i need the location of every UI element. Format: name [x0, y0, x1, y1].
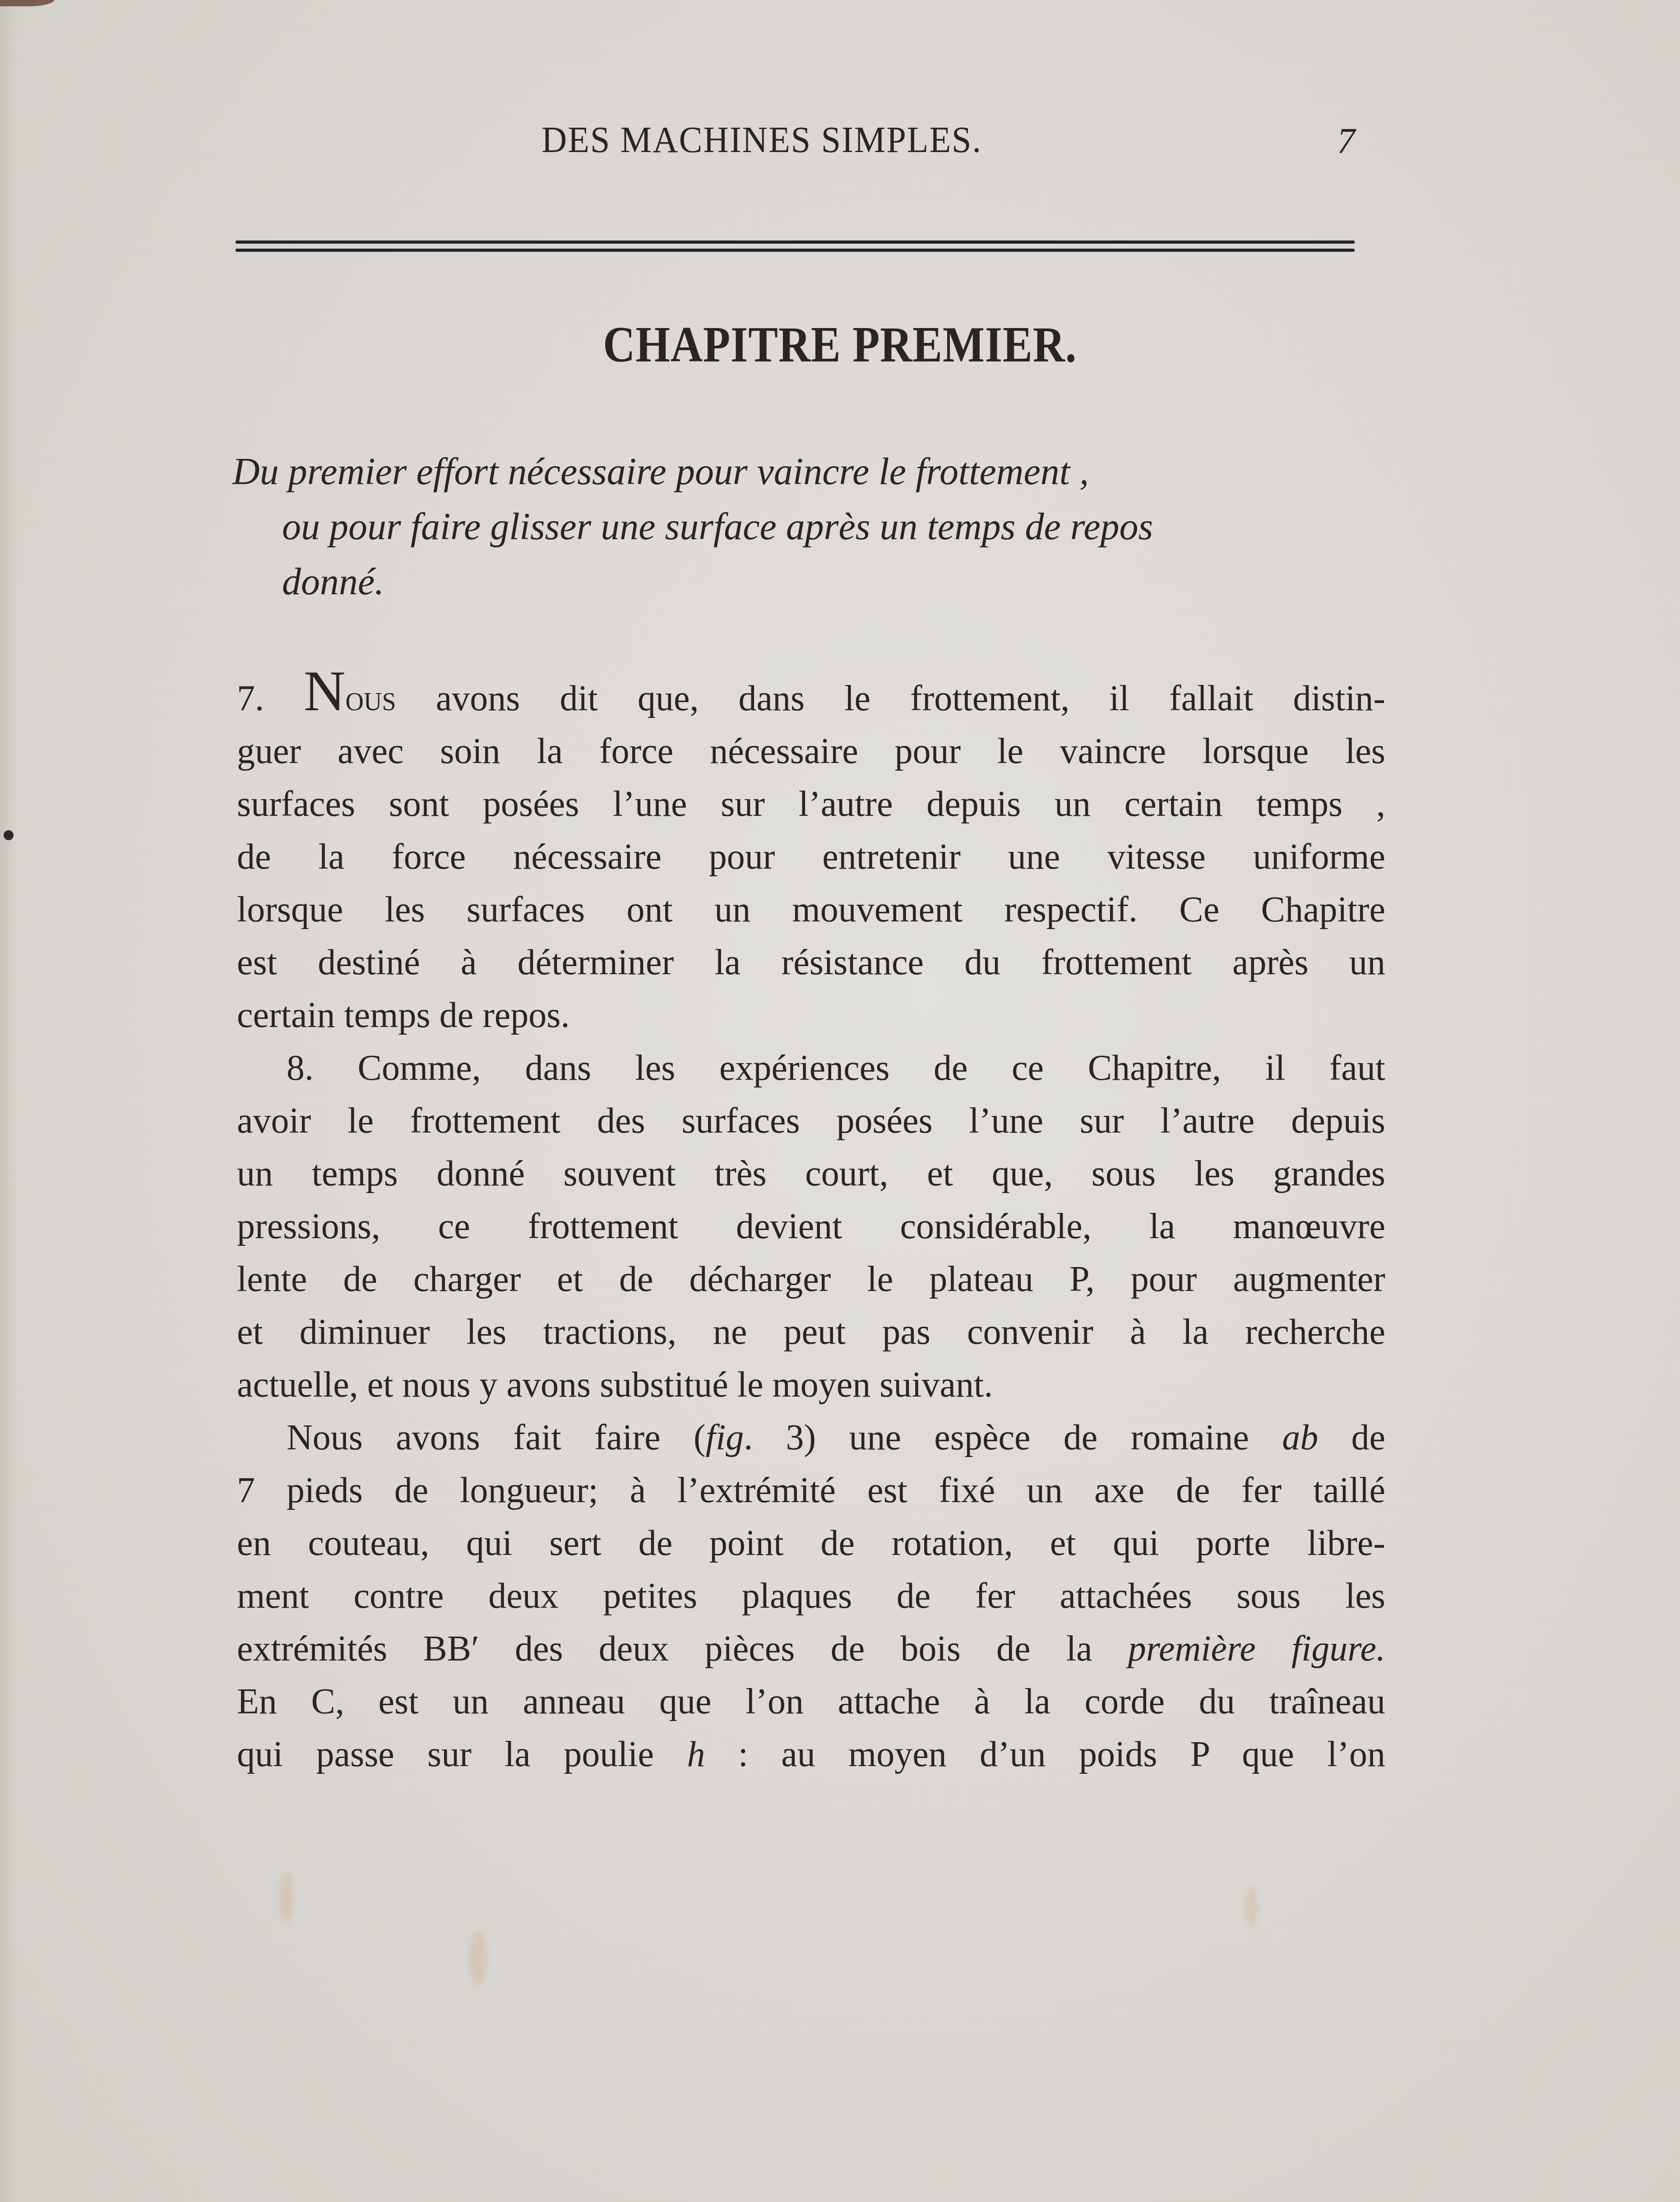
rule-line-top	[236, 241, 1355, 244]
text-line: 7 pieds de longueur; à l’extrémité est f…	[237, 1464, 1385, 1517]
paragraph-number: 7.	[237, 679, 264, 718]
text-line: ment contre deux petites plaques de fer …	[237, 1570, 1385, 1623]
page-corner-edge	[0, 0, 54, 6]
page-number: 7	[1337, 121, 1355, 162]
text-line: en couteau, qui sert de point de rotatio…	[237, 1517, 1385, 1570]
text-line: de la force nécessaire pour entretenir u…	[237, 831, 1385, 884]
text-run: avons dit que, dans le frottement, il fa…	[436, 679, 1385, 718]
body-text: 7. Nous avons dit que, dans le frottemen…	[237, 672, 1385, 1781]
subtitle-line: donné.	[232, 555, 1388, 610]
italic-figure-ref: première figure.	[1128, 1629, 1385, 1669]
subtitle-line: ou pour faire glisser une surface après …	[232, 500, 1388, 555]
foxing-stain	[469, 1931, 487, 1985]
figure-ref-italic: fig	[706, 1418, 744, 1457]
text-run: Nous avons fait faire (	[287, 1418, 706, 1457]
text-line: extrémités BB′ des deux pièces de bois d…	[237, 1623, 1385, 1675]
text-line: avoir le frottement des surfaces posées …	[237, 1095, 1385, 1147]
ink-speck	[4, 830, 14, 840]
text-run: extrémités BB′ des deux pièces de bois d…	[237, 1629, 1128, 1669]
paragraph-7-first-line: 7. Nous avons dit que, dans le frottemen…	[237, 672, 1385, 725]
italic-label: h	[687, 1735, 705, 1774]
header-double-rule	[236, 241, 1355, 256]
chapter-title: CHAPITRE PREMIER.	[101, 316, 1579, 374]
text-line: En C, est un anneau que l’on attache à l…	[237, 1675, 1385, 1728]
text-run: . 3) une espèce de romaine	[744, 1418, 1282, 1457]
text-line: lorsque les surfaces ont un mouvement re…	[237, 884, 1385, 936]
running-header-title: DES MACHINES SIMPLES.	[541, 119, 982, 162]
small-caps-word: ous	[346, 679, 396, 718]
italic-label: ab	[1282, 1418, 1318, 1457]
text-run: de	[1318, 1418, 1385, 1457]
text-line: qui passe sur la poulie h : au moyen d’u…	[237, 1728, 1385, 1781]
subtitle-line: Du premier effort nécessaire pour vaincr…	[232, 444, 1388, 500]
text-line: certain temps de repos.	[237, 989, 1385, 1042]
text-run: qui passe sur la poulie	[237, 1735, 687, 1774]
foxing-stain	[280, 1873, 293, 1922]
chapter-subtitle: Du premier effort nécessaire pour vaincr…	[232, 444, 1388, 610]
text-line: lente de charger et de décharger le plat…	[237, 1253, 1385, 1306]
drop-cap: N	[304, 659, 345, 723]
text-line: un temps donné souvent très court, et qu…	[237, 1147, 1385, 1200]
text-line: et diminuer les tractions, ne peut pas c…	[237, 1306, 1385, 1359]
text-line: actuelle, et nous y avons substitué le m…	[237, 1359, 1385, 1411]
paragraph-romaine-first-line: Nous avons fait faire (fig. 3) une espèc…	[237, 1411, 1385, 1464]
rule-line-bottom	[236, 249, 1355, 252]
text-line: est destiné à déterminer la résistance d…	[237, 936, 1385, 989]
text-line: pressions, ce frottement devient considé…	[237, 1200, 1385, 1253]
text-line: surfaces sont posées l’une sur l’autre d…	[237, 778, 1385, 831]
text-line: guer avec soin la force nécessaire pour …	[237, 725, 1385, 778]
paragraph-8-first-line: 8. Comme, dans les expériences de ce Cha…	[237, 1042, 1385, 1095]
page-gutter-shadow	[0, 0, 18, 2202]
text-run: : au moyen d’un poids P que l’on	[705, 1735, 1385, 1774]
foxing-stain	[1245, 1886, 1257, 1927]
